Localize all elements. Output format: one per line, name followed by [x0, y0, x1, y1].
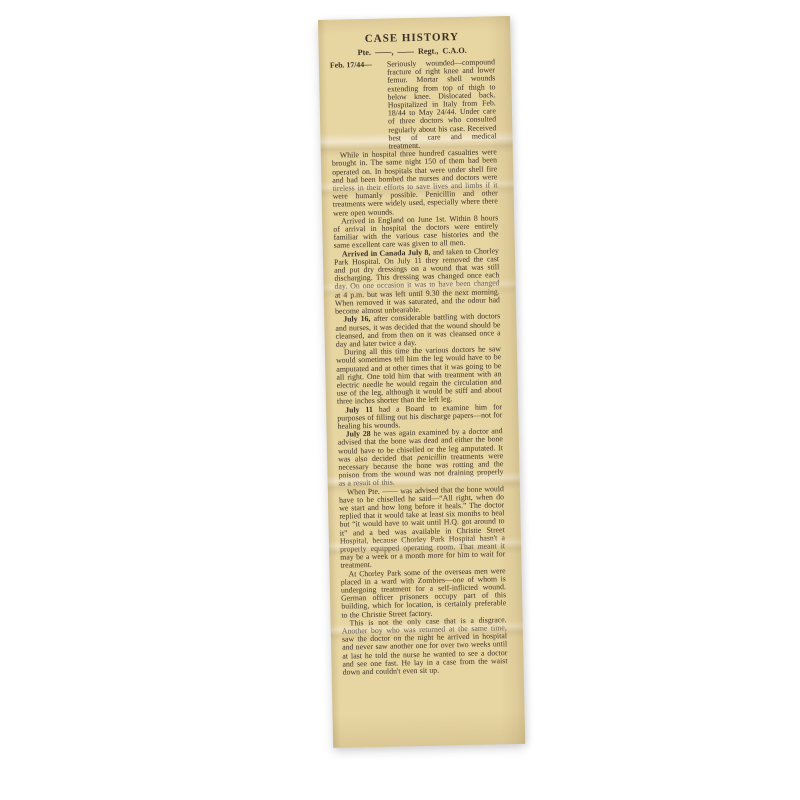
paragraph: At Chorley Park some of the overseas men… [341, 567, 507, 620]
paragraph: July 28 he was again examined by a docto… [338, 427, 504, 488]
paragraph-text: While in hospital three hundred casualti… [332, 148, 498, 218]
paragraph-text: During all this time the various doctors… [336, 344, 502, 406]
document-paper: CASE HISTORY Pte. ——, —— Regt., C.A.O. F… [318, 16, 525, 748]
paragraph: This is not the only case that is a disg… [342, 616, 508, 677]
document-title: CASE HISTORY [329, 30, 494, 45]
paragraph: While in hospital three hundred casualti… [332, 149, 498, 218]
paragraph-text: This is not the only case that is a disg… [342, 615, 508, 677]
paragraph: July 16, after considerable battling wit… [335, 313, 501, 349]
paragraph-text: and taken to Chorley Park Hospital. On J… [334, 246, 500, 316]
document-subtitle: Pte. ——, —— Regt., C.A.O. [330, 45, 495, 57]
photo-background: CASE HISTORY Pte. ——, —— Regt., C.A.O. F… [0, 0, 800, 800]
paragraph: When Pte. —— was advised that the bone w… [339, 485, 506, 570]
paragraph-text: When Pte. —— was advised that the bone w… [339, 484, 505, 570]
entry-date-label: Feb. 17/44— [330, 61, 372, 70]
paragraph: During all this time the various doctors… [336, 345, 502, 406]
paragraph-text: At Chorley Park some of the overseas men… [341, 566, 507, 619]
entry-text: Seriously wounded—compound fracture of r… [387, 57, 497, 150]
paragraph: Arrived in England on June 1st. Within 8… [333, 214, 499, 250]
paragraph-text: Arrived in England on June 1st. Within 8… [333, 213, 498, 250]
case-entry: Feb. 17/44—Seriously wounded—compound fr… [387, 58, 497, 150]
paragraph: Arrived in Canada July 8, and taken to C… [334, 247, 500, 316]
document-body: While in hospital three hundred casualti… [332, 149, 508, 677]
